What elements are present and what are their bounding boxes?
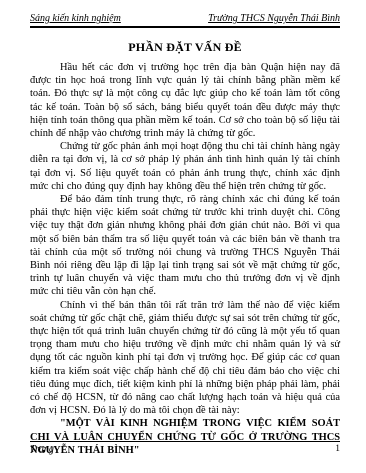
document-page: Sáng kiến kinh nghiệm Trường THCS Nguyễn…	[0, 0, 366, 473]
page-footer: Trang 1	[30, 441, 340, 455]
page-title: PHẦN ĐẶT VẤN ĐỀ	[30, 40, 340, 55]
header-left-text: Sáng kiến kinh nghiệm	[30, 13, 121, 24]
paragraph: Chính vì thế bản thân tôi rất trăn trở l…	[30, 299, 340, 418]
paragraph: Hầu hết các đơn vị trường học trên địa b…	[30, 61, 340, 140]
footer-label: Trang	[30, 444, 54, 455]
document-body: Hầu hết các đơn vị trường học trên địa b…	[30, 61, 340, 457]
paragraph: Để bảo đảm tính trung thực, rõ ràng chín…	[30, 193, 340, 299]
footer-page-number: 1	[335, 444, 340, 454]
header-right-text: Trường THCS Nguyễn Thái Bình	[208, 13, 340, 24]
paragraph: Chứng từ gốc phản ánh mọi hoạt động thu …	[30, 140, 340, 193]
page-header: Sáng kiến kinh nghiệm Trường THCS Nguyễn…	[30, 13, 340, 28]
